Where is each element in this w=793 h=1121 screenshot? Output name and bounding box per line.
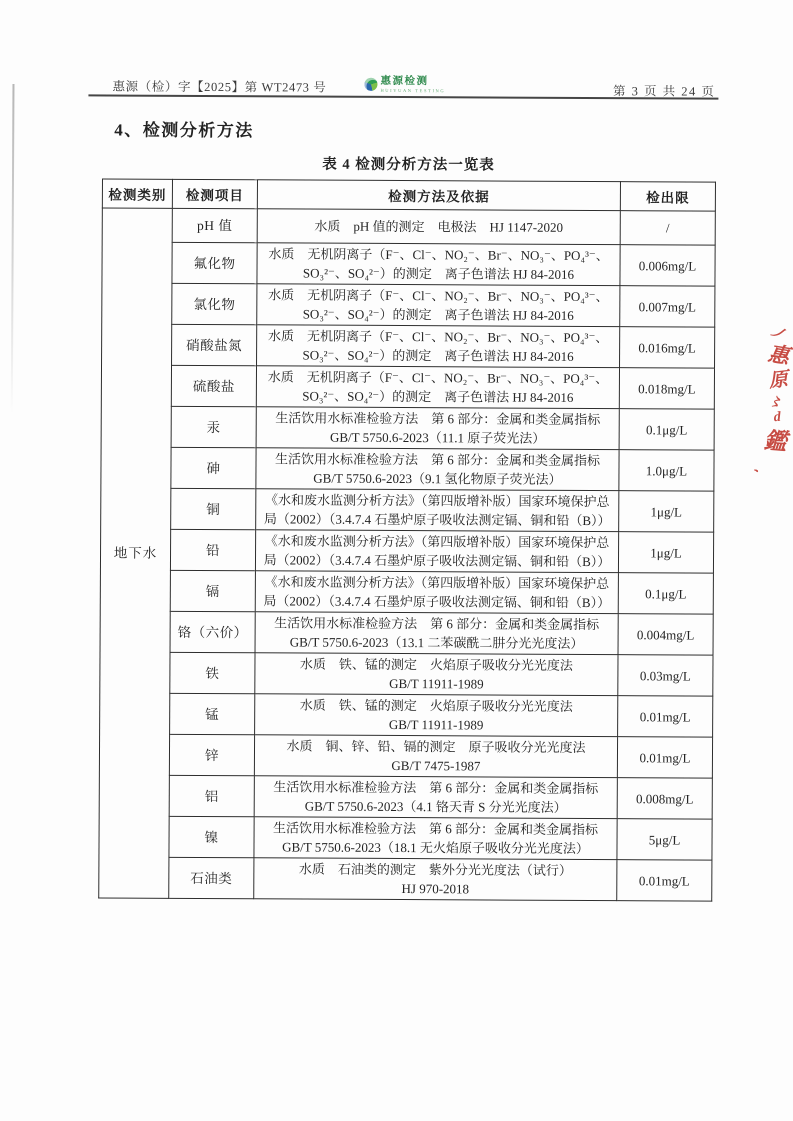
column-header: 检测项目 xyxy=(172,179,257,208)
table-row: 氟化物水质 无机阴离子（F⁻、Cl⁻、NO₂⁻、Br⁻、NO₃⁻、PO₄³⁻、S… xyxy=(102,242,715,286)
table-row: 石油类水质 石油类的测定 紫外分光光度法（试行） HJ 970-20180.01… xyxy=(99,857,712,901)
limit-cell: 1.0μg/L xyxy=(619,450,714,491)
item-cell: 铁 xyxy=(170,652,255,693)
column-header: 检测类别 xyxy=(102,179,172,208)
method-cell: 生活饮用水标准检验方法 第 6 部分：金属和类金属指标 GB/T 5750.6-… xyxy=(254,776,617,819)
table-row: 镍生活饮用水标准检验方法 第 6 部分：金属和类金属指标 GB/T 5750.6… xyxy=(99,816,712,860)
method-cell: 水质 石油类的测定 紫外分光光度法（试行） HJ 970-2018 xyxy=(254,858,617,901)
table-header-row: 检测类别检测项目检测方法及依据检出限 xyxy=(102,179,715,211)
table-row: 硫酸盐水质 无机阴离子（F⁻、Cl⁻、NO₂⁻、Br⁻、NO₃⁻、PO₄³⁻、S… xyxy=(101,365,714,409)
limit-cell: 5μg/L xyxy=(617,819,712,860)
table-body: 地下水pH 值水质 pH 值的测定 电极法 HJ 1147-2020/氟化物水质… xyxy=(99,208,716,901)
table-row: 铬（六价）生活饮用水标准检验方法 第 6 部分：金属和类金属指标 GB/T 57… xyxy=(100,611,713,655)
brand-subtext: HUIYUAN TESTING xyxy=(380,88,445,94)
seal-character: 〻 xyxy=(768,394,783,409)
item-cell: 铜 xyxy=(171,488,256,529)
method-cell: 生活饮用水标准检验方法 第 6 部分：金属和类金属指标 GB/T 5750.6-… xyxy=(255,612,618,655)
column-header: 检出限 xyxy=(620,182,715,211)
seal-character: 、 xyxy=(750,457,768,475)
method-cell: 《水和废水监测分析方法》（第四版增补版）国家环境保护总局（2002）（3.4.7… xyxy=(256,489,619,532)
limit-cell: 0.004mg/L xyxy=(618,614,713,655)
scanned-page: 惠源（检）字【2025】第 WT2473 号 惠源检测 HUIYUAN TEST… xyxy=(0,0,793,1121)
item-cell: 铝 xyxy=(169,775,254,816)
limit-cell: 1μg/L xyxy=(619,491,714,532)
limit-cell: 0.008mg/L xyxy=(617,778,712,819)
limit-cell: / xyxy=(620,211,715,245)
table-row: 铝生活饮用水标准检验方法 第 6 部分：金属和类金属指标 GB/T 5750.6… xyxy=(99,775,712,819)
item-cell: 铅 xyxy=(170,529,255,570)
table-row: 汞生活饮用水标准检验方法 第 6 部分：金属和类金属指标 GB/T 5750.6… xyxy=(101,406,714,450)
limit-cell: 0.03mg/L xyxy=(618,655,713,696)
item-cell: 镍 xyxy=(169,816,254,857)
method-cell: 水质 铜、锌、铅、镉的测定 原子吸收分光光度法 GB/T 7475-1987 xyxy=(254,735,617,778)
document-number: 惠源（检）字【2025】第 WT2473 号 xyxy=(112,77,326,96)
table-row: 硝酸盐氮水质 无机阴离子（F⁻、Cl⁻、NO₂⁻、Br⁻、NO₃⁻、PO₄³⁻、… xyxy=(102,324,715,368)
item-cell: 锌 xyxy=(169,734,254,775)
method-cell: 水质 铁、锰的测定 火焰原子吸收分光光度法 GB/T 11911-1989 xyxy=(255,653,618,696)
table-row: 地下水pH 值水质 pH 值的测定 电极法 HJ 1147-2020/ xyxy=(102,208,715,245)
limit-cell: 0.01mg/L xyxy=(618,696,713,737)
seal-character: 惠 xyxy=(766,343,790,367)
limit-cell: 0.016mg/L xyxy=(620,327,715,368)
limit-cell: 0.006mg/L xyxy=(620,245,715,286)
method-cell: 生活饮用水标准检验方法 第 6 部分：金属和类金属指标 GB/T 5750.6-… xyxy=(256,407,619,450)
category-cell: 地下水 xyxy=(99,208,173,898)
limit-cell: 0.007mg/L xyxy=(620,286,715,327)
method-cell: 水质 pH 值的测定 电极法 HJ 1147-2020 xyxy=(257,209,620,245)
seal-character: 原 xyxy=(768,370,789,391)
brand-name: 惠源检测 xyxy=(380,76,445,87)
table-row: 砷生活饮用水标准检验方法 第 6 部分：金属和类金属指标 GB/T 5750.6… xyxy=(101,447,714,491)
item-cell: 镉 xyxy=(170,570,255,611)
method-cell: 水质 无机阴离子（F⁻、Cl⁻、NO₂⁻、Br⁻、NO₃⁻、PO₄³⁻、SO₃²… xyxy=(257,243,620,286)
item-cell: 氯化物 xyxy=(172,283,257,324)
method-cell: 《水和废水监测分析方法》（第四版增补版）国家环境保护总局（2002）（3.4.7… xyxy=(255,571,618,614)
limit-cell: 0.018mg/L xyxy=(619,368,714,409)
limit-cell: 0.1μg/L xyxy=(619,409,714,450)
method-cell: 水质 无机阴离子（F⁻、Cl⁻、NO₂⁻、Br⁻、NO₃⁻、PO₄³⁻、SO₃²… xyxy=(257,325,620,368)
table-row: 铜《水和废水监测分析方法》（第四版增补版）国家环境保护总局（2002）（3.4.… xyxy=(101,488,714,532)
table-row: 锌水质 铜、锌、铅、镉的测定 原子吸收分光光度法 GB/T 7475-19870… xyxy=(99,734,712,778)
column-header: 检测方法及依据 xyxy=(257,180,620,211)
method-cell: 生活饮用水标准检验方法 第 6 部分：金属和类金属指标 GB/T 5750.6-… xyxy=(254,817,617,860)
item-cell: pH 值 xyxy=(172,208,257,242)
item-cell: 锰 xyxy=(170,693,255,734)
method-cell: 水质 铁、锰的测定 火焰原子吸收分光光度法 GB/T 11911-1989 xyxy=(255,694,618,737)
logo-swirl-icon xyxy=(364,78,377,91)
red-seal-stamp: 丿 惠 原 〻 d 鑑 、 xyxy=(745,324,793,472)
limit-cell: 0.01mg/L xyxy=(617,860,712,901)
item-cell: 氟化物 xyxy=(172,242,257,283)
table-row: 锰水质 铁、锰的测定 火焰原子吸收分光光度法 GB/T 11911-19890.… xyxy=(100,693,713,737)
seal-character: 丿 xyxy=(767,323,788,344)
method-cell: 水质 无机阴离子（F⁻、Cl⁻、NO₂⁻、Br⁻、NO₃⁻、PO₄³⁻、SO₃²… xyxy=(257,284,620,327)
limit-cell: 1μg/L xyxy=(618,532,713,573)
scan-artifact-line xyxy=(11,84,14,414)
item-cell: 铬（六价） xyxy=(170,611,255,652)
seal-character: 鑑 xyxy=(762,429,787,454)
table-row: 镉《水和废水监测分析方法》（第四版增补版）国家环境保护总局（2002）（3.4.… xyxy=(100,570,713,614)
item-cell: 硫酸盐 xyxy=(171,365,256,406)
item-cell: 砷 xyxy=(171,447,256,488)
table-row: 氯化物水质 无机阴离子（F⁻、Cl⁻、NO₂⁻、Br⁻、NO₃⁻、PO₄³⁻、S… xyxy=(102,283,715,327)
table-row: 铅《水和废水监测分析方法》（第四版增补版）国家环境保护总局（2002）（3.4.… xyxy=(100,529,713,573)
table-row: 铁水质 铁、锰的测定 火焰原子吸收分光光度法 GB/T 11911-19890.… xyxy=(100,652,713,696)
method-cell: 《水和废水监测分析方法》（第四版增补版）国家环境保护总局（2002）（3.4.7… xyxy=(255,530,618,573)
methods-table: 检测类别检测项目检测方法及依据检出限 地下水pH 值水质 pH 值的测定 电极法… xyxy=(98,178,716,901)
item-cell: 石油类 xyxy=(169,857,254,898)
method-cell: 生活饮用水标准检验方法 第 6 部分：金属和类金属指标 GB/T 5750.6-… xyxy=(256,448,619,491)
item-cell: 汞 xyxy=(171,406,256,447)
seal-character: d xyxy=(773,411,781,425)
item-cell: 硝酸盐氮 xyxy=(172,324,257,365)
section-title: 4、检测分析方法 xyxy=(114,116,254,142)
company-logo: 惠源检测 HUIYUAN TESTING xyxy=(364,76,445,94)
page-header: 惠源（检）字【2025】第 WT2473 号 惠源检测 HUIYUAN TEST… xyxy=(3,0,793,2)
limit-cell: 0.01mg/L xyxy=(617,737,712,778)
table-caption: 表 4 检测分析方法一览表 xyxy=(102,151,715,175)
limit-cell: 0.1μg/L xyxy=(618,573,713,614)
method-cell: 水质 无机阴离子（F⁻、Cl⁻、NO₂⁻、Br⁻、NO₃⁻、PO₄³⁻、SO₃²… xyxy=(256,366,619,409)
